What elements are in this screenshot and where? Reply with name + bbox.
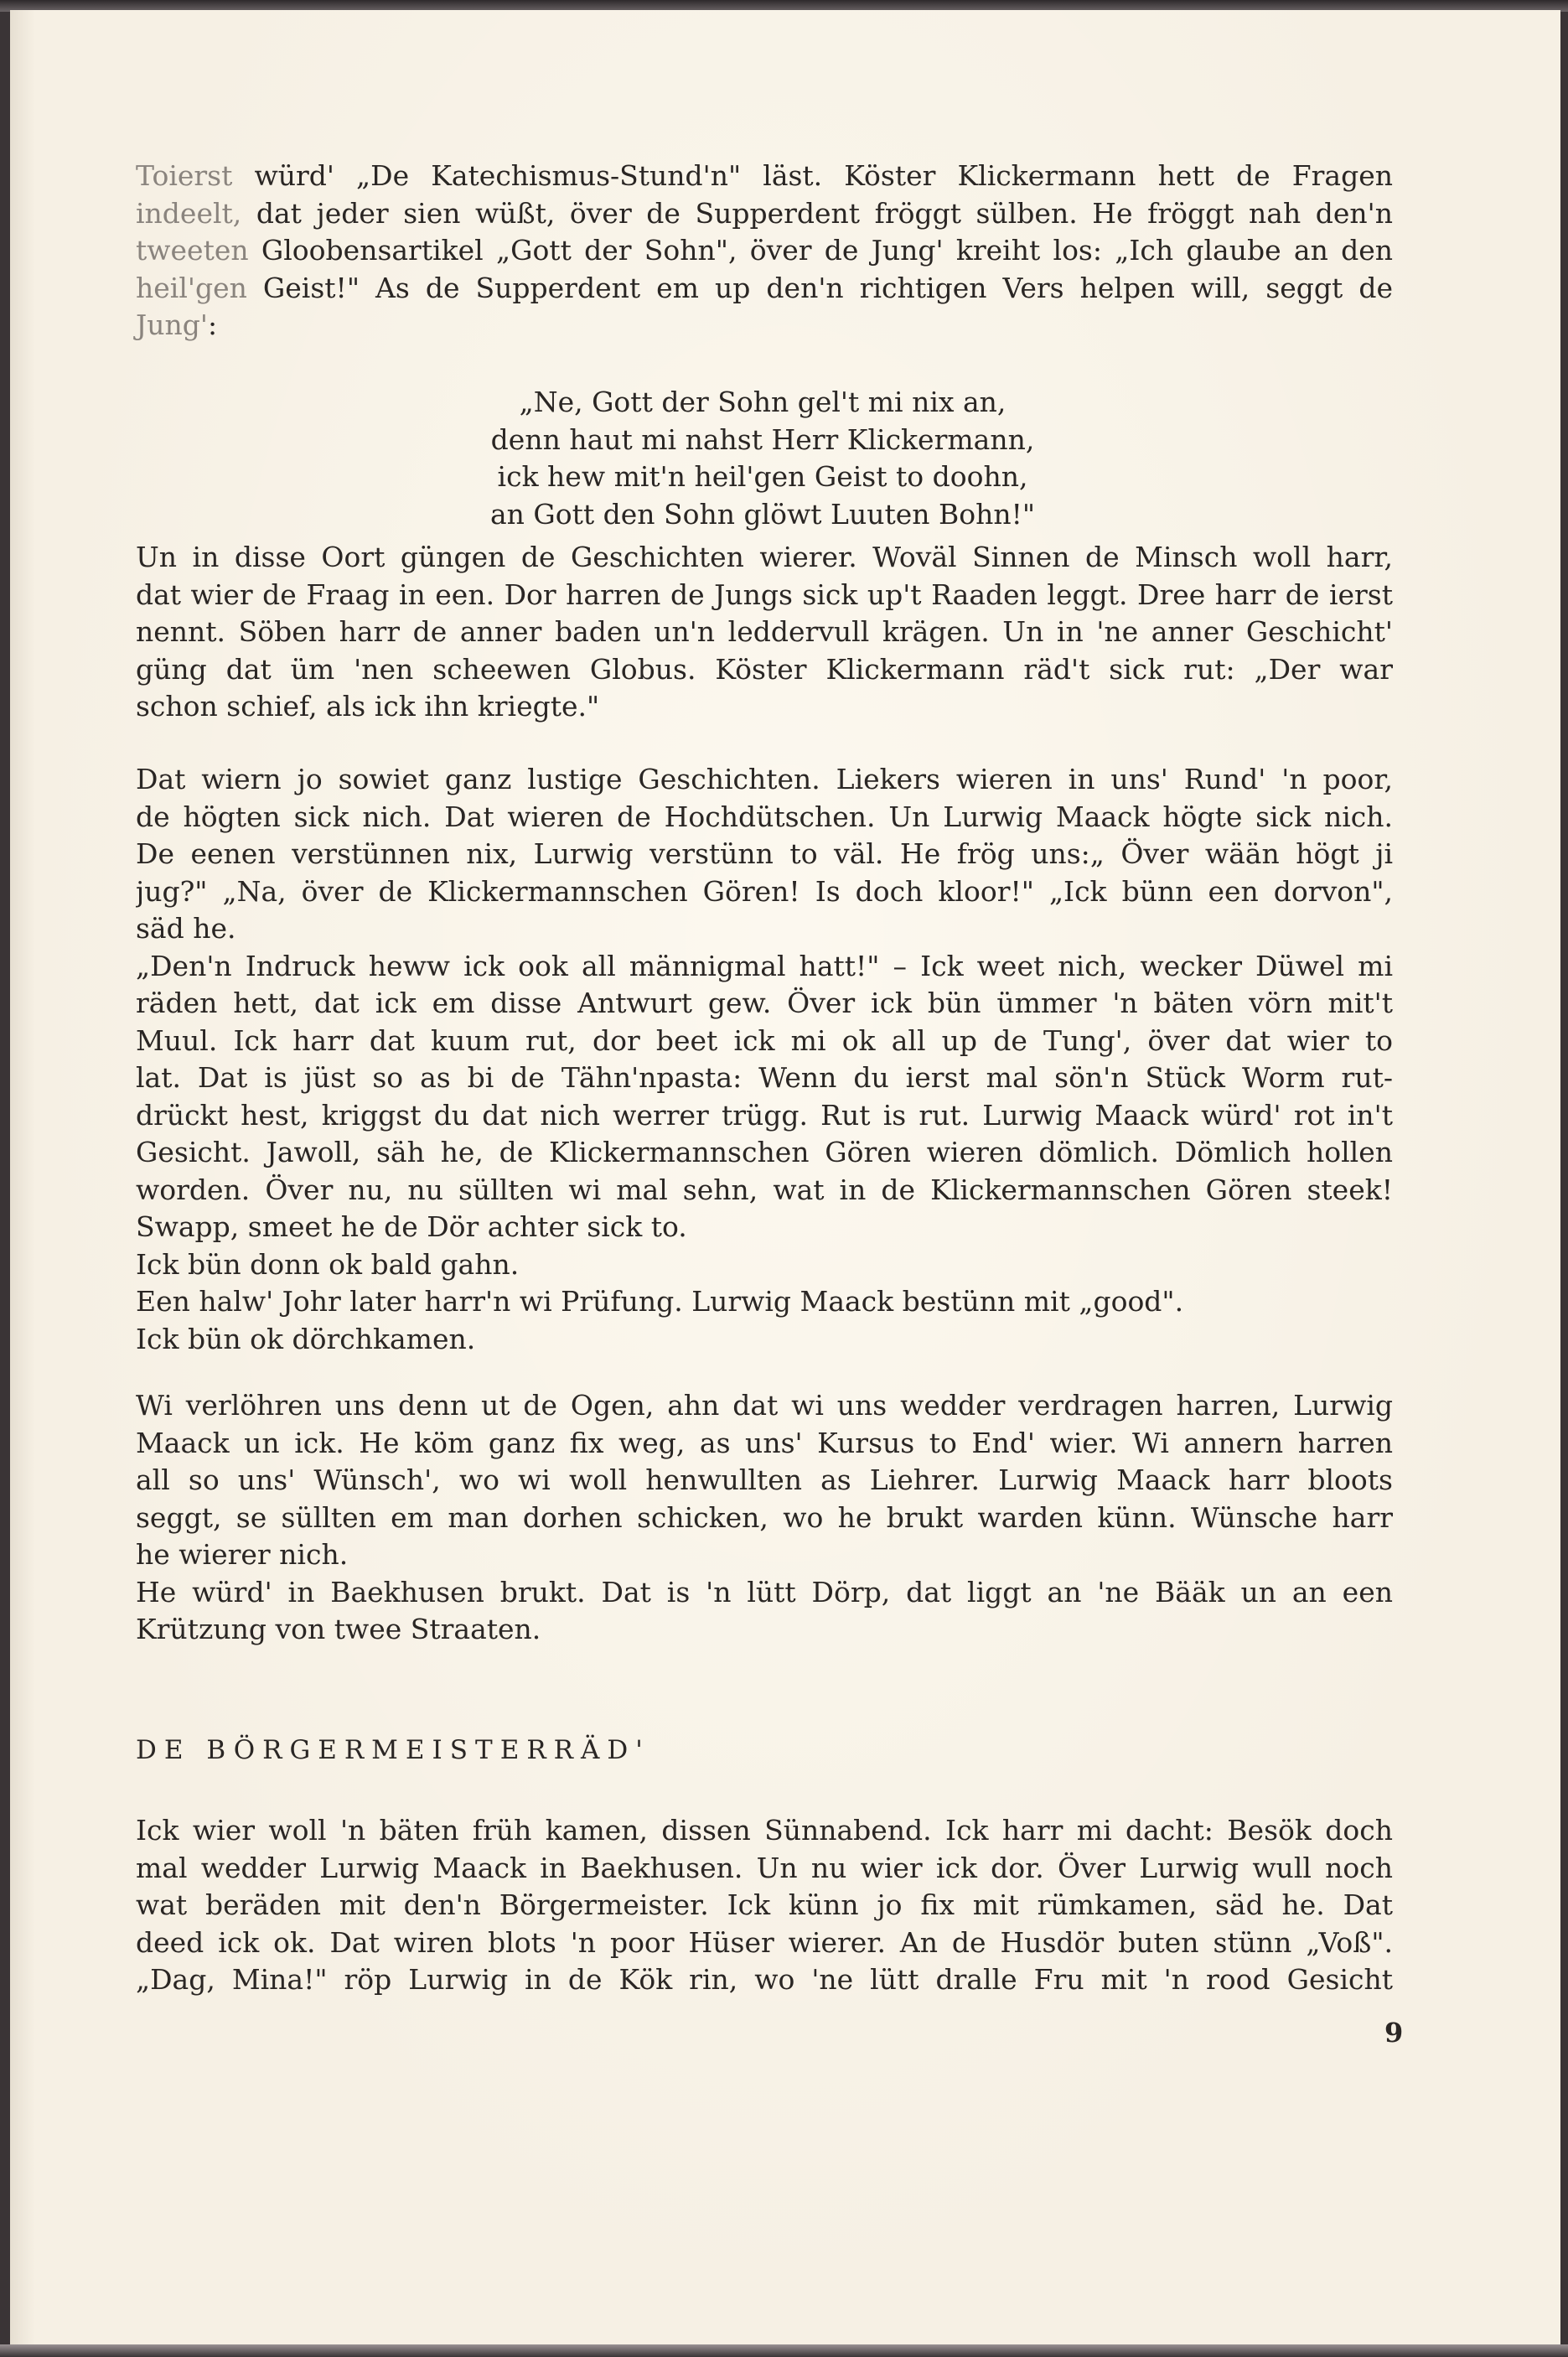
paragraph-4: Ick wier woll 'n bäten früh kamen, disse… — [136, 1812, 1393, 1999]
text-line: worden. Över nu, nu süllten wi mal sehn,… — [136, 1172, 1393, 1210]
text-line: deed ick ok. Dat wiren blots 'n poor Hüs… — [136, 1924, 1393, 1962]
faded-word: tweeten — [136, 234, 249, 267]
text-line: Ick bün ok dörchkamen. — [136, 1321, 1393, 1359]
text-line: Wi verlöhren uns denn ut de Ogen, ahn da… — [136, 1387, 1393, 1425]
text-line: Toierst würd' „De Katechismus-Stund'n" l… — [136, 158, 1393, 195]
text-line: güng dat üm 'nen scheewen Globus. Köster… — [136, 651, 1393, 689]
text-line: lat. Dat is jüst so as bi de Tähn'npasta… — [136, 1059, 1393, 1097]
text-line: Maack un ick. He köm ganz fix weg, as un… — [136, 1425, 1393, 1463]
text-line: säd he. — [136, 910, 1393, 948]
section-heading: DE BÖRGERMEISTERRÄD' — [136, 1735, 650, 1765]
paragraph-3: Wi verlöhren uns denn ut de Ogen, ahn da… — [136, 1387, 1393, 1649]
verse-line: denn haut mi nahst Herr Klickermann, — [469, 422, 1056, 459]
verse-line: „Ne, Gott der Sohn gel't mi nix an, — [469, 384, 1056, 422]
text-line: Jung': — [136, 307, 1393, 344]
verse-line: ick hew mit'n heil'gen Geist to doohn, — [469, 458, 1056, 496]
text-line: drückt hest, kriggst du dat nich werrer … — [136, 1097, 1393, 1135]
text-line: schon schief, als ick ihn kriegte." — [136, 688, 1393, 726]
text-line: de högten sick nich. Dat wieren de Hochd… — [136, 799, 1393, 837]
text-line: Ick bün donn ok bald gahn. — [136, 1246, 1393, 1284]
text-line: Un in disse Oort güngen de Geschichten w… — [136, 539, 1393, 577]
text-line: „Dag, Mina!" röp Lurwig in de Kök rin, w… — [136, 1961, 1393, 1999]
text-line: mal wedder Lurwig Maack in Baekhusen. Un… — [136, 1850, 1393, 1888]
text-line: indeelt, dat jeder sien wüßt, över de Su… — [136, 195, 1393, 233]
verse-block: „Ne, Gott der Sohn gel't mi nix an, denn… — [469, 384, 1056, 533]
text-line: all so uns' Wünsch', wo wi woll henwullt… — [136, 1462, 1393, 1500]
text-line: he wierer nich. — [136, 1536, 1393, 1574]
text-line: He würd' in Baekhusen brukt. Dat is 'n l… — [136, 1574, 1393, 1612]
text-line: dat wier de Fraag in een. Dor harren de … — [136, 577, 1393, 614]
scan-bottom-edge — [0, 2344, 1568, 2357]
text-line: Ick wier woll 'n bäten früh kamen, disse… — [136, 1812, 1393, 1850]
text-line: Dat wiern jo sowiet ganz lustige Geschic… — [136, 761, 1393, 799]
text-line: Swapp, smeet he de Dör achter sick to. — [136, 1209, 1393, 1246]
text-line: Krützung von twee Straaten. — [136, 1611, 1393, 1649]
text-line: tweeten Gloobensartikel „Gott der Sohn",… — [136, 232, 1393, 270]
verse-line: an Gott den Sohn glöwt Luuten Bohn!" — [469, 496, 1056, 534]
text-line: räden hett, dat ick em disse Antwurt gew… — [136, 985, 1393, 1023]
faded-word: heil'gen — [136, 272, 247, 304]
text-line: Een halw' Johr later harr'n wi Prüfung. … — [136, 1283, 1393, 1321]
text-line: wat beräden mit den'n Börgermeister. Ick… — [136, 1887, 1393, 1924]
paragraph-2: Dat wiern jo sowiet ganz lustige Geschic… — [136, 761, 1393, 1358]
text-line: Gesicht. Jawoll, säh he, de Klickermanns… — [136, 1134, 1393, 1172]
text-line: seggt, se süllten em man dorhen schicken… — [136, 1500, 1393, 1537]
text-line: nennt. Söben harr de anner baden un'n le… — [136, 614, 1393, 651]
text-line: „Den'n Indruck heww ick ook all männigma… — [136, 948, 1393, 986]
faded-word: indeelt, — [136, 197, 241, 230]
text-line: jug?" „Na, över de Klickermannschen Göre… — [136, 873, 1393, 911]
text-line: Muul. Ick harr dat kuum rut, dor beet ic… — [136, 1023, 1393, 1060]
faded-word: Jung' — [136, 308, 208, 341]
paragraph-1: Un in disse Oort güngen de Geschichten w… — [136, 539, 1393, 726]
text-line: heil'gen Geist!" As de Supperdent em up … — [136, 270, 1393, 308]
intro-block: Toierst würd' „De Katechismus-Stund'n" l… — [136, 158, 1393, 344]
faded-word: Toierst — [136, 159, 232, 192]
page-number: 9 — [1384, 2017, 1403, 2049]
text-line: De eenen verstünnen nix, Lurwig verstünn… — [136, 836, 1393, 873]
